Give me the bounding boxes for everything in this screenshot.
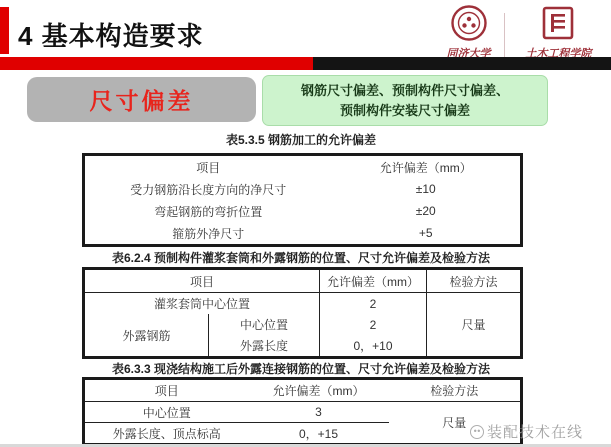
cell-group-label: 外露钢筋	[84, 314, 209, 358]
section-note-line2: 预制构件安装尺寸偏差	[340, 101, 470, 121]
watermark: 装配技术在线	[470, 421, 583, 442]
col-method: 检验方法	[389, 379, 522, 402]
cell-value: +5	[332, 222, 522, 246]
cell-item: 中心位置	[209, 314, 320, 335]
table-exposed-rebar: 项目 允许偏差（mm） 检验方法 中心位置 3 尺量 外露长度、顶点标高 0，+…	[82, 377, 523, 446]
title-accent-bar	[0, 7, 9, 54]
col-deviation: 允许偏差（mm）	[249, 379, 389, 402]
cell-value: 0，+15	[249, 423, 389, 445]
tongji-logo: 同济大学 TONGJI UNIVERSITY	[440, 4, 496, 65]
table-row: 中心位置 3 尺量	[84, 402, 522, 423]
cell-value: 0，+10	[320, 335, 427, 358]
watermark-avatar-icon	[470, 425, 484, 439]
table3-caption: 表6.3.3 现浇结构施工后外露连接钢筋的位置、尺寸允许偏差及检验方法	[82, 360, 520, 377]
college-emblem-icon	[539, 4, 577, 47]
tongji-seal-icon	[450, 4, 488, 47]
col-deviation: 允许偏差（mm）	[332, 155, 522, 179]
cell-value: ±20	[332, 200, 522, 222]
table2-caption: 表6.2.4 预制构件灌浆套筒和外露钢筋的位置、尺寸允许偏差及检验方法	[82, 249, 520, 266]
table-rebar-processing: 项目 允许偏差（mm） 受力钢筋沿长度方向的净尺寸 ±10 弯起钢筋的弯折位置 …	[82, 153, 523, 247]
table-row: 受力钢筋沿长度方向的净尺寸 ±10	[84, 178, 522, 200]
table-header-row: 项目 允许偏差（mm） 检验方法	[84, 269, 522, 293]
cell-item: 外露长度	[209, 335, 320, 358]
table-row: 箍筋外净尺寸 +5	[84, 222, 522, 246]
cell-method: 尺量	[427, 293, 522, 358]
cell-item: 外露长度、顶点标高	[84, 423, 249, 445]
logo-divider	[504, 13, 505, 57]
col-item: 项目	[84, 155, 332, 179]
cell-item: 灌浆套筒中心位置	[84, 293, 320, 315]
college-logo: 土木工程学院 COLLEGE OF CIVIL ENGINEERING	[512, 4, 605, 65]
slide: 4 基本构造要求 同济大学 TONGJI UNIVERSITY	[0, 0, 611, 447]
table-header-row: 项目 允许偏差（mm） 检验方法	[84, 379, 522, 402]
divider-bar	[0, 57, 611, 70]
cell-value: 3	[249, 402, 389, 423]
table-row: 灌浆套筒中心位置 2 尺量	[84, 293, 522, 315]
section-note-box: 钢筋尺寸偏差、预制构件尺寸偏差、 预制构件安装尺寸偏差	[262, 75, 548, 126]
table-row: 弯起钢筋的弯折位置 ±20	[84, 200, 522, 222]
page-title: 4 基本构造要求	[18, 16, 204, 53]
cell-item: 弯起钢筋的弯折位置	[84, 200, 332, 222]
table-header-row: 项目 允许偏差（mm）	[84, 155, 522, 179]
col-method: 检验方法	[427, 269, 522, 293]
section-label: 尺寸偏差	[90, 83, 194, 116]
divider-bar-black	[313, 57, 611, 70]
cell-item: 受力钢筋沿长度方向的净尺寸	[84, 178, 332, 200]
cell-value: 2	[320, 293, 427, 315]
divider-bar-red	[0, 57, 313, 70]
logo-area: 同济大学 TONGJI UNIVERSITY 土木工程学院 COLLEGE OF…	[440, 4, 605, 65]
cell-value: ±10	[332, 178, 522, 200]
section-label-box: 尺寸偏差	[27, 77, 256, 122]
table1-caption: 表5.3.5 钢筋加工的允许偏差	[82, 131, 520, 148]
watermark-text: 装配技术在线	[487, 421, 583, 442]
cell-item: 中心位置	[84, 402, 249, 423]
table-grout-sleeve: 项目 允许偏差（mm） 检验方法 灌浆套筒中心位置 2 尺量 外露钢筋 中心位置…	[82, 267, 523, 359]
col-item: 项目	[84, 379, 249, 402]
section-note-line1: 钢筋尺寸偏差、预制构件尺寸偏差、	[301, 81, 509, 101]
cell-item: 箍筋外净尺寸	[84, 222, 332, 246]
cell-value: 2	[320, 314, 427, 335]
col-item: 项目	[84, 269, 320, 293]
col-deviation: 允许偏差（mm）	[320, 269, 427, 293]
